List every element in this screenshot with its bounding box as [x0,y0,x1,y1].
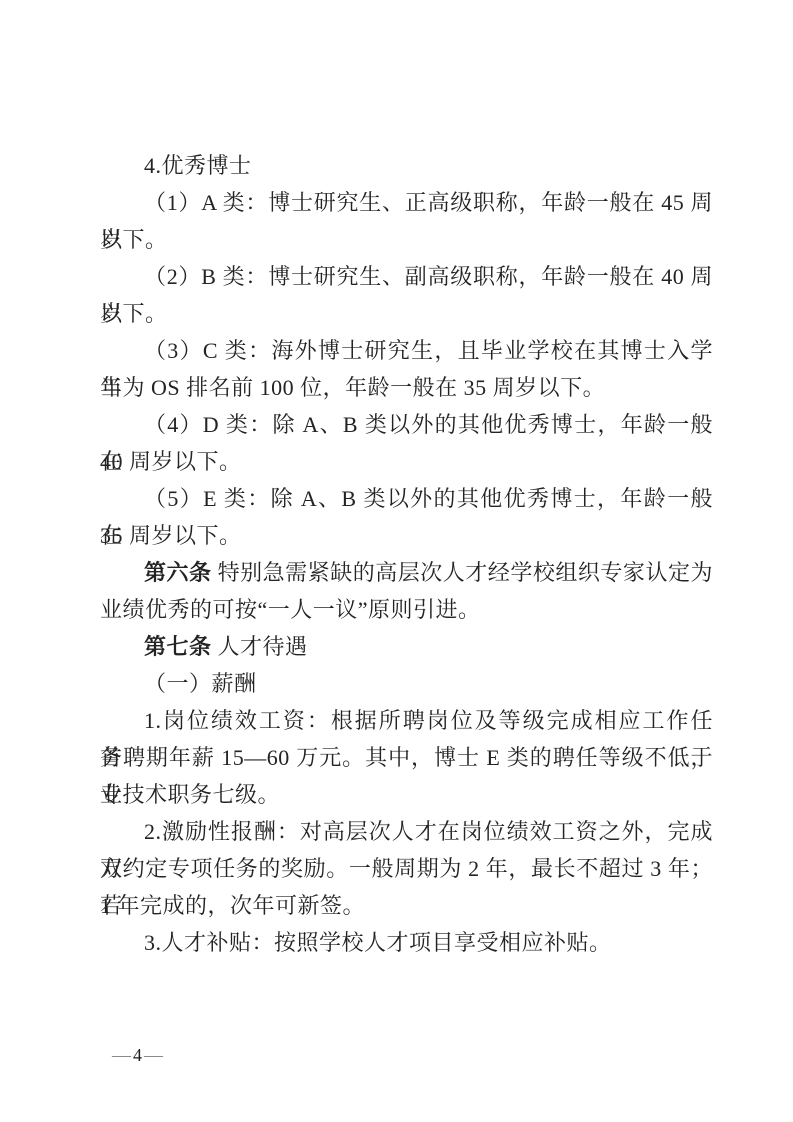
text-line: 1 年完成的，次年可新签。 [100,887,713,924]
text-run: 4.优秀博士 [144,153,252,178]
text-line: 业绩优秀的可按“一人一议”原则引进。 [100,591,713,628]
text-run: 业绩优秀的可按“一人一议”原则引进。 [100,597,481,622]
text-line: （一）薪酬 [100,665,713,702]
text-line: 第七条 人才待遇 [100,628,713,665]
text-line: 方约定专项任务的奖励。一般周期为 2 年，最长不超过 3 年；若 [100,850,713,887]
text-line: 业技术职务七级。 [100,776,713,813]
text-line: （1）A 类：博士研究生、正高级职称，年龄一般在 45 周岁 [100,184,713,221]
text-run: 以下。 [100,301,168,326]
text-line: 年为 OS 排名前 100 位，年龄一般在 35 周岁以下。 [100,369,713,406]
page-number-value: 4 [131,1045,144,1065]
text-line: 以下。 [100,295,713,332]
page-number-dash-left: — [112,1045,131,1066]
text-run: 35 周岁以下。 [100,523,242,548]
text-line: 35 周岁以下。 [100,517,713,554]
text-run: 以下。 [100,227,168,252]
document-body: 4.优秀博士（1）A 类：博士研究生、正高级职称，年龄一般在 45 周岁以下。（… [100,147,713,961]
text-line: 首聘期年薪 15—60 万元。其中，博士 E 类的聘任等级不低于专 [100,739,713,776]
article-number-bold-text: 第六条 [144,560,212,585]
text-line: （2）B 类：博士研究生、副高级职称，年龄一般在 40 周岁 [100,258,713,295]
text-line: 3.人才补贴：按照学校人才项目享受相应补贴。 [100,924,713,961]
text-run: 人才待遇 [212,634,308,659]
text-line: 2.激励性报酬：对高层次人才在岗位绩效工资之外，完成双 [100,813,713,850]
text-line: 40 周岁以下。 [100,443,713,480]
text-run: 业技术职务七级。 [100,782,280,807]
text-line: 第六条 特别急需紧缺的高层次人才经学校组织专家认定为 [100,554,713,591]
text-run: 1 年完成的，次年可新签。 [100,893,365,918]
page-number-dash-right: — [144,1045,163,1066]
text-line: （5）E 类：除 A、B 类以外的其他优秀博士，年龄一般在 [100,480,713,517]
page-number: —4— [112,1041,163,1069]
text-run: 3.人才补贴：按照学校人才项目享受相应补贴。 [144,930,612,955]
text-line: 4.优秀博士 [100,147,713,184]
text-line: （3）C 类：海外博士研究生，且毕业学校在其博士入学当 [100,332,713,369]
text-run: 特别急需紧缺的高层次人才经学校组织专家认定为 [212,560,713,585]
text-line: 以下。 [100,221,713,258]
text-run: （一）薪酬 [144,671,257,696]
text-run: 40 周岁以下。 [100,449,242,474]
text-line: （4）D 类：除 A、B 类以外的其他优秀博士，年龄一般在 [100,406,713,443]
text-line: 1.岗位绩效工资：根据所聘岗位及等级完成相应工作任务， [100,702,713,739]
document-page: 4.优秀博士（1）A 类：博士研究生、正高级职称，年龄一般在 45 周岁以下。（… [0,0,793,1122]
text-run: 年为 OS 排名前 100 位，年龄一般在 35 周岁以下。 [100,375,605,400]
article-number-bold-text: 第七条 [144,634,212,659]
